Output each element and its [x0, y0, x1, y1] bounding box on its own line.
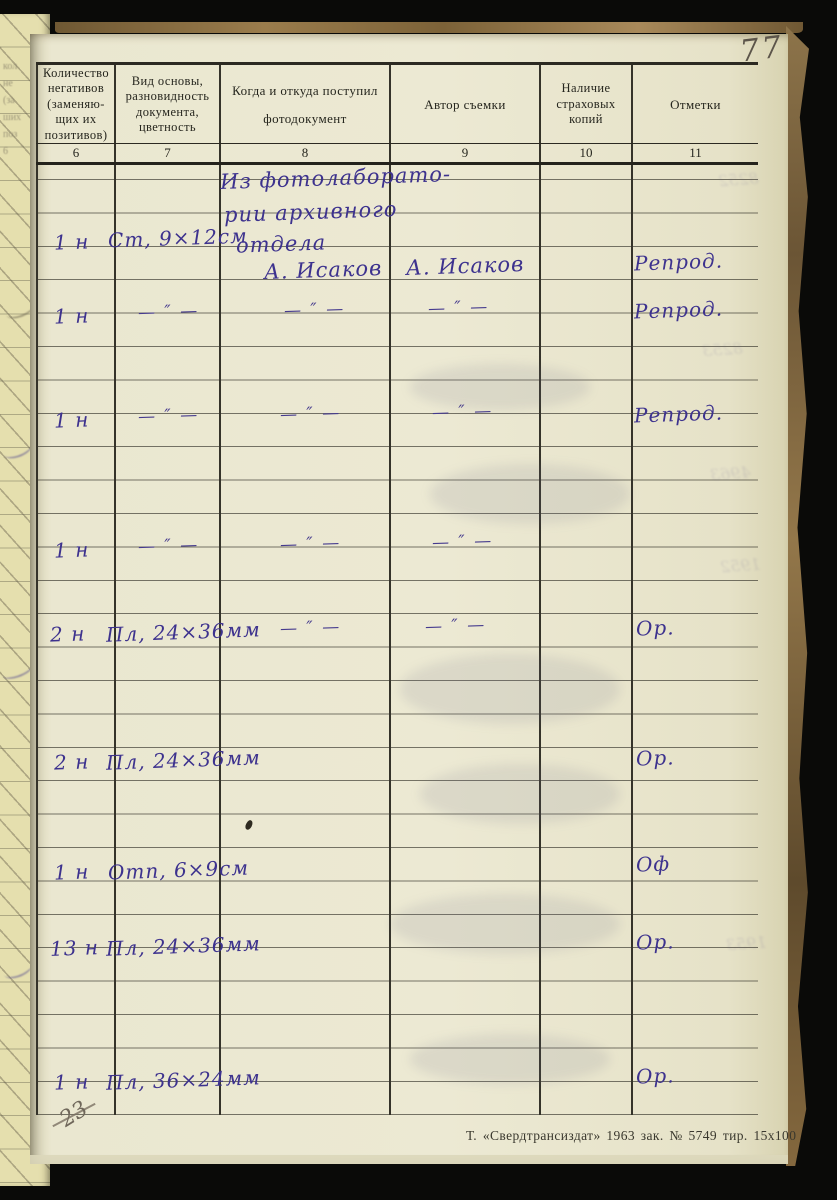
entry-note: Ор. — [636, 745, 675, 770]
ditto-mark: — ″ — — [280, 533, 342, 555]
table-header-row: Количество негативов (заменяю- щих их по… — [36, 62, 758, 144]
show-through-number: 1953 — [725, 933, 767, 955]
ruled-column-10 — [539, 165, 631, 1115]
column-number-row: 6 7 8 9 10 11 — [36, 144, 758, 165]
ditto-mark: — ″ — — [138, 535, 200, 557]
column-header-base-type: Вид основы, разновидность документа, цве… — [114, 65, 219, 143]
entry-origin-line: А. Исаков — [264, 256, 383, 284]
torn-right-edge — [786, 26, 809, 1166]
show-through-number: 1952 — [719, 555, 761, 577]
entry-quantity: 2 н — [54, 749, 90, 774]
show-through-number: 8253 — [701, 339, 743, 361]
column-header-marks: Отметки — [631, 65, 758, 143]
show-through-number: 8252 — [717, 169, 759, 191]
page-stack-edge — [30, 1155, 788, 1164]
ditto-mark: — ″ — — [284, 299, 346, 321]
show-through-smudge — [430, 464, 630, 524]
column-header-received-from: Когда и откуда поступил фотодокумент — [219, 65, 389, 143]
entry-quantity: 1 н — [54, 303, 90, 328]
entry-note: Оф — [636, 851, 671, 876]
entry-note: Репрод. — [634, 248, 724, 275]
column-header-author: Автор съемки — [389, 65, 539, 143]
column-number: 9 — [389, 144, 539, 162]
column-header-insurance-copies: Наличие страховых копий — [539, 65, 631, 143]
ditto-mark: — ″ — — [432, 531, 494, 553]
show-through-smudge — [410, 1034, 610, 1084]
entry-origin-line: отдела — [236, 230, 327, 257]
entry-quantity: 1 н — [54, 1069, 90, 1094]
ditto-mark: — ″ — — [138, 301, 200, 323]
show-through-smudge — [420, 764, 620, 824]
show-through-smudge — [400, 654, 620, 724]
column-number: 8 — [219, 144, 389, 162]
entry-basis: Ст, 9×12см — [108, 224, 248, 253]
column-header-negatives-count: Количество негативов (заменяю- щих их по… — [36, 65, 114, 143]
ditto-mark: — ″ — — [425, 615, 487, 637]
ditto-mark: — ″ — — [428, 297, 490, 319]
printer-imprint: Т. «Свердтрансиздат» 1963 зак. № 5749 ти… — [466, 1128, 796, 1144]
entry-quantity: 2 н — [50, 621, 86, 646]
entry-quantity: 13 н — [50, 935, 100, 961]
column-number: 7 — [114, 144, 219, 162]
entry-note: Репрод. — [634, 296, 724, 323]
entry-quantity: 1 н — [54, 537, 90, 562]
ditto-mark: — ″ — — [138, 405, 200, 427]
ditto-mark: — ″ — — [280, 617, 342, 639]
show-through-number: 4963 — [709, 463, 751, 485]
column-number: 11 — [631, 144, 758, 162]
entry-basis: Отп, 6×9см — [108, 856, 250, 885]
entry-quantity: 1 н — [54, 859, 90, 884]
show-through-smudge — [410, 364, 590, 410]
column-number: 6 — [36, 144, 114, 162]
entry-author: А. Исаков — [406, 252, 525, 280]
entry-note: Ор. — [636, 929, 675, 954]
entry-note: Ор. — [636, 1063, 675, 1088]
show-through-header-fragment: кол не (за ших поз 6 — [3, 58, 21, 160]
entry-quantity: 1 н — [54, 229, 90, 254]
ledger-page: 77 Количество негативов (заменяю- щих их… — [30, 34, 788, 1164]
entry-note: Ор. — [636, 615, 675, 640]
ditto-mark: — ″ — — [280, 403, 342, 425]
torn-top-edge — [55, 22, 803, 33]
show-through-smudge — [390, 894, 620, 954]
entry-quantity: 1 н — [54, 407, 90, 432]
column-number: 10 — [539, 144, 631, 162]
entry-note: Репрод. — [634, 400, 724, 427]
